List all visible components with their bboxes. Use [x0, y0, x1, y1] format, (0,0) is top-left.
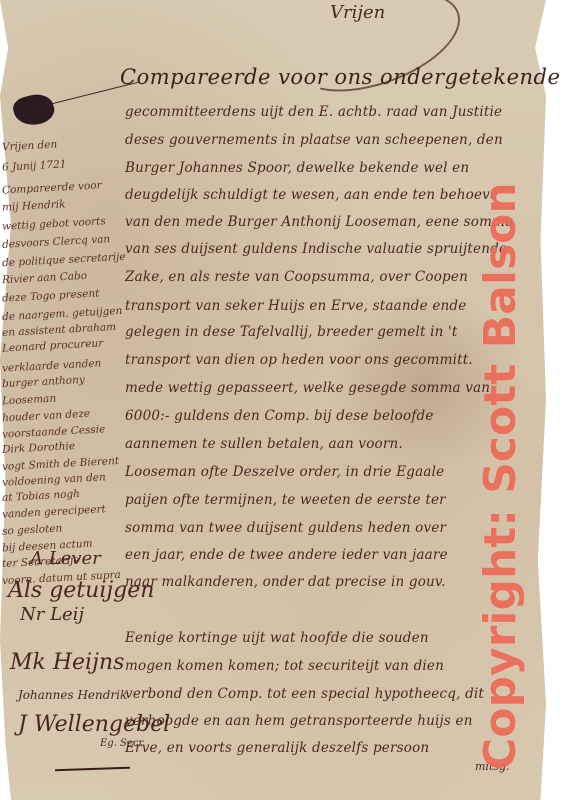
signature: Mk Heijns — [10, 650, 124, 675]
copyright-watermark: Copyright: Scott Balson — [475, 182, 526, 770]
manuscript-line: transport van dien op heden voor ons gec… — [125, 352, 473, 368]
manuscript-line: paijen ofte termijnen, te weeten de eers… — [125, 492, 446, 508]
manuscript-line: gelegen in dese Tafelvallij, breeder gem… — [125, 324, 458, 340]
manuscript-line: deses gouvernements in plaatse van schee… — [125, 132, 503, 148]
manuscript-line: Looseman ofte Deszelve order, in drie Eg… — [125, 464, 444, 480]
manuscript-line: van den mede Burger Anthonij Looseman, e… — [125, 214, 513, 230]
manuscript-line: verhoogde en aan hem getransporteerde hu… — [125, 713, 473, 729]
signature: Eg. Secr. — [100, 738, 145, 749]
manuscript-page — [0, 0, 546, 800]
manuscript-line: Zake, en als reste van Coopsumma, over C… — [125, 269, 468, 285]
manuscript-line: naar malkanderen, onder dat precise in g… — [125, 574, 446, 590]
signature: Als getuijgen — [8, 578, 154, 603]
manuscript-line: aannemen te sullen betalen, aan voorn. — [125, 436, 403, 452]
manuscript-line: Erve, en voorts generalijk deszelfs pers… — [125, 740, 429, 756]
manuscript-line: transport van seker Huijs en Erve, staan… — [125, 298, 466, 314]
signature: J Wellengebel — [18, 712, 170, 737]
manuscript-line: deugdelijk schuldigt te wesen, aan ende … — [125, 187, 498, 203]
header-mark: Vrijen — [330, 2, 385, 23]
document-title: Compareerde voor ons ondergetekende — [120, 65, 560, 89]
manuscript-line: verbond den Comp. tot een special hypoth… — [125, 686, 484, 702]
manuscript-line: gecommitteerdens uijt den E. achtb. raad… — [125, 104, 502, 120]
manuscript-line: van ses duijsent guldens Indische valuat… — [125, 241, 507, 257]
signature: Johannes Hendrik — [18, 688, 127, 702]
signature: A Lever — [30, 548, 101, 569]
manuscript-line: Eenige kortinge uijt wat hoofde die soud… — [125, 630, 429, 646]
manuscript-line: 6000:- guldens den Comp. bij dese beloof… — [125, 408, 434, 424]
manuscript-line: mogen komen komen; tot securiteijt van d… — [125, 658, 444, 674]
manuscript-line: Burger Johannes Spoor, dewelke bekende w… — [125, 160, 469, 176]
manuscript-line: een jaar, ende de twee andere ieder van … — [125, 547, 448, 563]
manuscript-line: somma van twee duijsent guldens heden ov… — [125, 520, 446, 536]
signature: Nr Leij — [20, 604, 84, 625]
manuscript-line: mede wettig gepasseert, welke gesegde so… — [125, 380, 490, 396]
